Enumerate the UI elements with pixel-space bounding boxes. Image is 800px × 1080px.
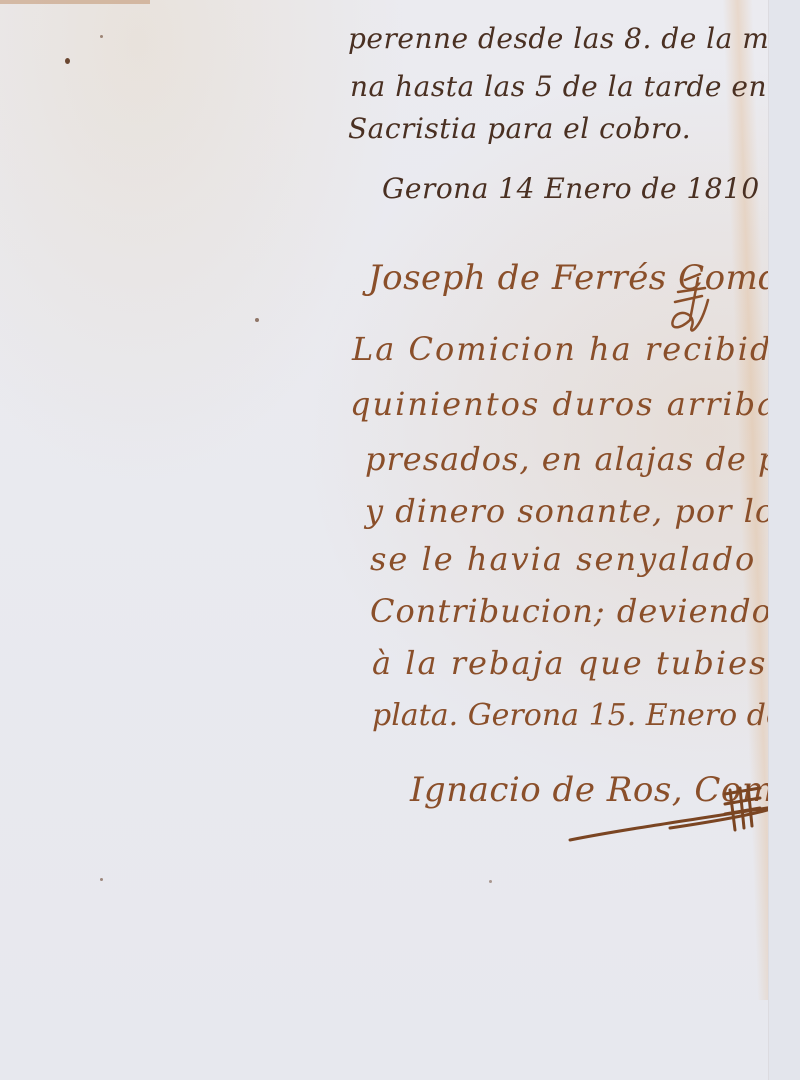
first-entry-date: Gerona 14 Enero de 1810	[382, 172, 760, 205]
second-entry-line-5: se le havia senyalado de	[370, 540, 800, 578]
ink-speck	[100, 878, 103, 881]
ink-speck	[65, 58, 70, 64]
manuscript-page: perenne desde las 8. de la maña= na hast…	[0, 0, 768, 1080]
first-entry-line-2: na hasta las 5 de la tarde en dha	[350, 70, 800, 103]
second-entry-line-3: presados, en alajas de plata,	[365, 440, 800, 478]
second-entry-line-2: quinientos duros arriba ex:	[350, 385, 800, 423]
first-entry-signature: Joseph de Ferrés Comdo	[368, 258, 800, 298]
ink-speck	[100, 35, 103, 38]
ink-speck	[489, 880, 492, 883]
paper-top-stain	[0, 0, 150, 4]
second-entry-line-8: plata. Gerona 15. Enero de 1810.	[372, 698, 800, 733]
second-entry-line-1: La Comicion ha recibido los	[352, 330, 800, 368]
first-entry-line-1: perenne desde las 8. de la maña=	[348, 22, 800, 55]
first-entry-line-3: Sacristia para el cobro.	[348, 112, 691, 145]
second-entry-line-7: à la rebaja que tubiese la	[372, 644, 800, 682]
ink-speck	[255, 318, 259, 322]
second-entry-line-6: Contribucion; deviendo estar	[370, 592, 800, 630]
second-entry-line-4: y dinero sonante, por lo que	[365, 492, 800, 530]
scan-background-margin	[768, 0, 800, 1080]
signature-flourish-icon	[560, 770, 790, 850]
